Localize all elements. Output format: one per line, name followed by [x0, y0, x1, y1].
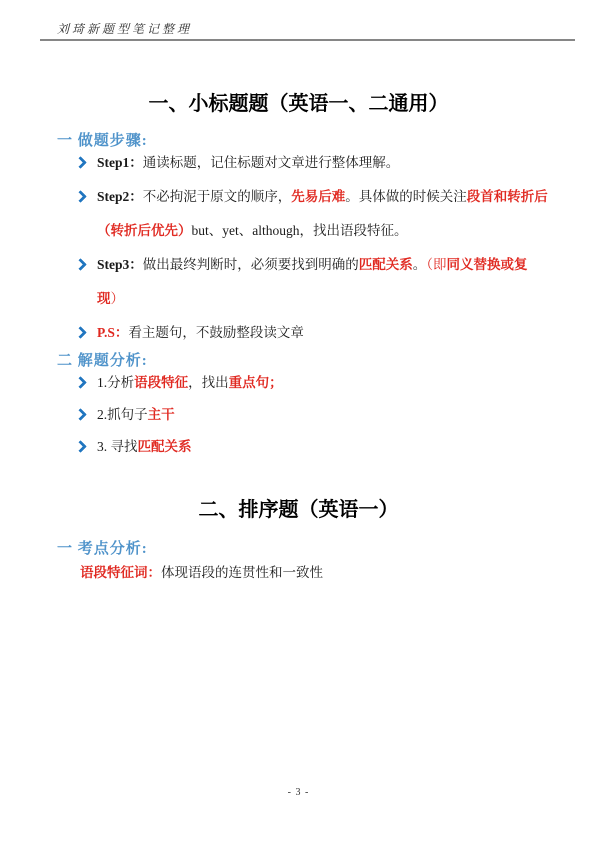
- ps-label: P.S：: [97, 325, 128, 340]
- bullet-item-analysis-3: 3. 寻找匹配关系: [57, 431, 552, 463]
- ps-text: 看主题句，不鼓励整段读文章: [128, 325, 304, 340]
- feature-words-line: 语段特征词：体现语段的连贯性和一致性: [80, 563, 552, 583]
- document-page: 刘琦新题型笔记整理 一、小标题题（英语一、二通用） 一 做题步骤: Step1：…: [0, 0, 597, 844]
- bullet-item-analysis-1: 1.分析语段特征，找出重点句；: [57, 367, 552, 399]
- step-label: Step2：: [97, 189, 143, 204]
- analysis-text: ，找出: [188, 375, 229, 390]
- bullet-item-analysis-2: 2.抓句子主干: [57, 399, 552, 431]
- analysis-text-emphasis: 主干: [148, 407, 175, 422]
- analysis-text-emphasis: 语段特征: [134, 375, 188, 390]
- step-label: Step3：: [97, 257, 143, 272]
- page-number: - 3 -: [0, 787, 597, 798]
- chevron-right-icon: [74, 408, 87, 421]
- bullet-item-step2: Step2：不必拘泥于原文的顺序，先易后难。具体做的时候关注段首和转折后（转折后…: [57, 180, 552, 248]
- steps-bullet-list: Step1：通读标题，记住标题对文章进行整体理解。 Step2：不必拘泥于原文的…: [57, 146, 552, 350]
- step-text: 通读标题，记住标题对文章进行整体理解。: [143, 155, 400, 170]
- heading-exam-points: 一 考点分析:: [57, 537, 148, 558]
- analysis-text-emphasis: 重点句；: [229, 375, 283, 390]
- bullet-item-step1: Step1：通读标题，记住标题对文章进行整体理解。: [57, 146, 552, 180]
- analysis-bullet-list: 1.分析语段特征，找出重点句； 2.抓句子主干 3. 寻找匹配关系: [57, 367, 552, 463]
- analysis-text: 2.抓句子: [97, 407, 148, 422]
- step-text: 。具体做的时候关注: [345, 189, 467, 204]
- step-text-emphasis: 先易后难: [291, 189, 345, 204]
- bullet-item-ps: P.S：看主题句，不鼓励整段读文章: [57, 316, 552, 350]
- chevron-right-icon: [74, 258, 87, 271]
- chevron-right-icon: [74, 376, 87, 389]
- step-text-emphasis: ）: [111, 291, 125, 306]
- chevron-right-icon: [74, 156, 87, 169]
- feature-words-text: 体现语段的连贯性和一致性: [161, 565, 323, 580]
- chevron-right-icon: [74, 190, 87, 203]
- chevron-right-icon: [74, 440, 87, 453]
- feature-words-label: 语段特征词：: [80, 565, 161, 580]
- step-text: 。: [413, 257, 427, 272]
- step-text: 不必拘泥于原文的顺序，: [143, 189, 292, 204]
- step-text-emphasis: （即: [426, 257, 446, 272]
- step-text: but、yet、although，找出语段特征。: [192, 223, 408, 238]
- step-label: Step1：: [97, 155, 143, 170]
- step-text-emphasis: 匹配关系: [359, 257, 413, 272]
- step-text: 做出最终判断时，必须要找到明确的: [143, 257, 359, 272]
- bullet-item-step3: Step3：做出最终判断时，必须要找到明确的匹配关系。（即同义替换或复现）: [57, 248, 552, 316]
- section-title-ordering-questions: 二、排序题（英语一）: [0, 497, 597, 523]
- section-title-subtitle-questions: 一、小标题题（英语一、二通用）: [0, 91, 597, 117]
- analysis-text-emphasis: 匹配关系: [138, 439, 192, 454]
- header-notebook-title: 刘琦新题型笔记整理: [57, 20, 192, 37]
- analysis-text: 3. 寻找: [97, 439, 138, 454]
- header-divider: [40, 39, 575, 41]
- analysis-text: 1.分析: [97, 375, 134, 390]
- chevron-right-icon: [74, 326, 87, 339]
